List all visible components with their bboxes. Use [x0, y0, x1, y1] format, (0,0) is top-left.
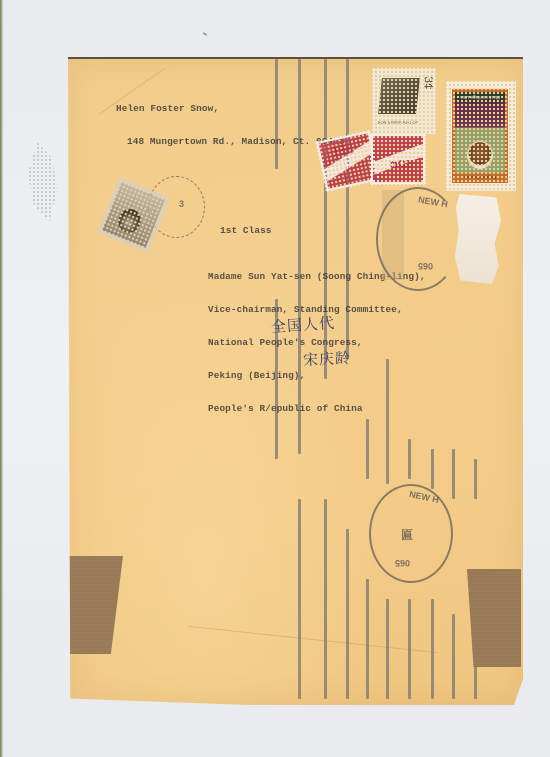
- stamp-denomination: 3¢: [422, 76, 436, 89]
- ballot-box-icon: [378, 78, 420, 114]
- postmark-text: NEW H: [408, 489, 439, 505]
- postmark-code: 065: [418, 261, 433, 271]
- mail-class: 1st Class: [220, 225, 272, 236]
- stamp-ballot-box: 3¢ FOR A FREE BALLOT: [372, 68, 436, 134]
- sender-address: Helen Foster Snow, 148 Mungertown Rd., M…: [116, 81, 345, 169]
- portrait-icon: [467, 141, 493, 169]
- scan-smudge: [28, 142, 58, 222]
- cancellation-bar: [408, 439, 411, 479]
- stamp-caption: FOR A FREE BALLOT: [378, 120, 418, 125]
- postmark-character: 匾: [401, 526, 413, 543]
- handwritten-note: 全国人代: [270, 312, 335, 337]
- cancellation-bar: [346, 529, 349, 699]
- recipient-line: Peking (Beijing),: [208, 370, 426, 381]
- scan-edge: [0, 0, 3, 757]
- cancellation-bar: [474, 459, 477, 499]
- sender-name: Helen Foster Snow,: [116, 103, 345, 114]
- cancellation-bar: [298, 499, 301, 699]
- torn-stamp-patch: [455, 194, 501, 284]
- postmark-code: 065: [395, 558, 410, 568]
- cancellation-bar: [452, 449, 455, 499]
- envelope: Helen Foster Snow, 148 Mungertown Rd., M…: [68, 57, 523, 705]
- cancellation-bar: [324, 499, 327, 699]
- envelope-crease: [189, 626, 438, 653]
- cancellation-bar: [431, 449, 434, 489]
- sender-street: 148 Mungertown Rd., Madison, Ct. 06443: [116, 136, 345, 147]
- cancellation-bar: [431, 599, 434, 699]
- scan-speck: [203, 32, 207, 36]
- recipient-line: People's R/epublic of China: [208, 403, 426, 414]
- postmark-text: 3: [179, 199, 184, 209]
- stamp-holmes: 15¢: [370, 133, 426, 185]
- stamp-caption: Benjamin Banneker: [455, 173, 505, 181]
- cancellation-bar: [386, 599, 389, 699]
- cancellation-bar: [452, 614, 455, 699]
- postmark-upper: NEW H 065: [376, 187, 460, 291]
- postmark-text: NEW H: [417, 194, 448, 209]
- tape-left: [68, 556, 123, 654]
- handwritten-note: 宋庆龄: [302, 347, 351, 370]
- postmark-lower: NEW H 匾 065: [369, 484, 453, 583]
- cancellation-bar: [366, 579, 369, 699]
- stamp-banneker: Black Heritage USA Benjamin Banneker: [446, 81, 516, 191]
- stamp-caption: Black Heritage USA: [455, 92, 505, 102]
- tape-right: [467, 569, 521, 667]
- recipient-line: National People's Congress,: [208, 337, 426, 348]
- stamp-denomination: 15¢: [390, 157, 413, 173]
